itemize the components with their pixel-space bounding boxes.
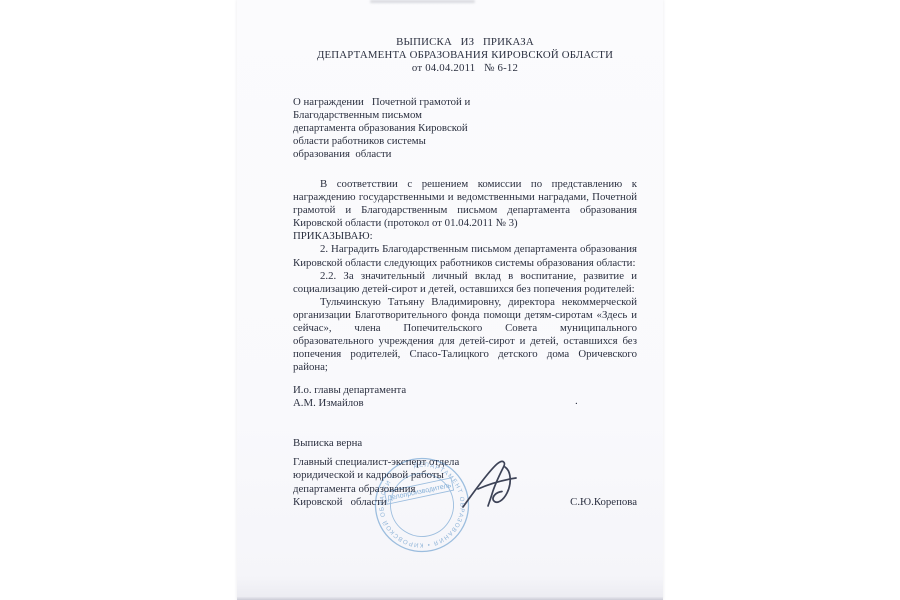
body-order-word: ПРИКАЗЫВАЮ: bbox=[293, 230, 637, 243]
subject-line: образования области bbox=[293, 148, 637, 161]
certification-note: Выписка верна bbox=[293, 437, 637, 449]
body-paragraph-item2: 2. Наградить Благодарственным письмом де… bbox=[293, 243, 637, 269]
body-paragraph-item2-2: 2.2. За значительный личный вклад в восп… bbox=[293, 270, 637, 296]
document-subject: О награждении Почетной грамотой и Благод… bbox=[293, 96, 637, 161]
body-paragraph-preamble: В соответствии с решением комиссии по пр… bbox=[293, 178, 637, 230]
signatory-block-head: И.о. главы департамента А.М. Измайлов bbox=[293, 384, 637, 410]
document-body: В соответствии с решением комиссии по пр… bbox=[293, 178, 637, 374]
header-title-line: ВЫПИСКА ИЗ ПРИКАЗА bbox=[293, 36, 637, 49]
handwritten-signature bbox=[459, 455, 523, 513]
document-header: ВЫПИСКА ИЗ ПРИКАЗА ДЕПАРТАМЕНТА ОБРАЗОВА… bbox=[293, 36, 637, 76]
header-org-line: ДЕПАРТАМЕНТА ОБРАЗОВАНИЯ КИРОВСКОЙ ОБЛАС… bbox=[293, 49, 637, 62]
scanned-document-page: ВЫПИСКА ИЗ ПРИКАЗА ДЕПАРТАМЕНТА ОБРАЗОВА… bbox=[237, 0, 663, 600]
subject-line: области работников системы bbox=[293, 135, 637, 148]
subject-line: Благодарственным письмом bbox=[293, 109, 637, 122]
signatory-name: А.М. Измайлов bbox=[293, 397, 637, 410]
clerk-name: С.Ю.Корепова bbox=[570, 496, 637, 508]
subject-line: департамента образования Кировской bbox=[293, 122, 637, 135]
stray-ink-dot: . bbox=[575, 395, 578, 407]
scan-edge-artifact bbox=[370, 0, 475, 3]
header-date-number-line: от 04.04.2011 № 6-12 bbox=[293, 62, 637, 75]
subject-line: О награждении Почетной грамотой и bbox=[293, 96, 637, 109]
signatory-title: И.о. главы департамента bbox=[293, 384, 637, 397]
body-paragraph-awardee: Тульчинскую Татьяну Владимировну, директ… bbox=[293, 296, 637, 375]
